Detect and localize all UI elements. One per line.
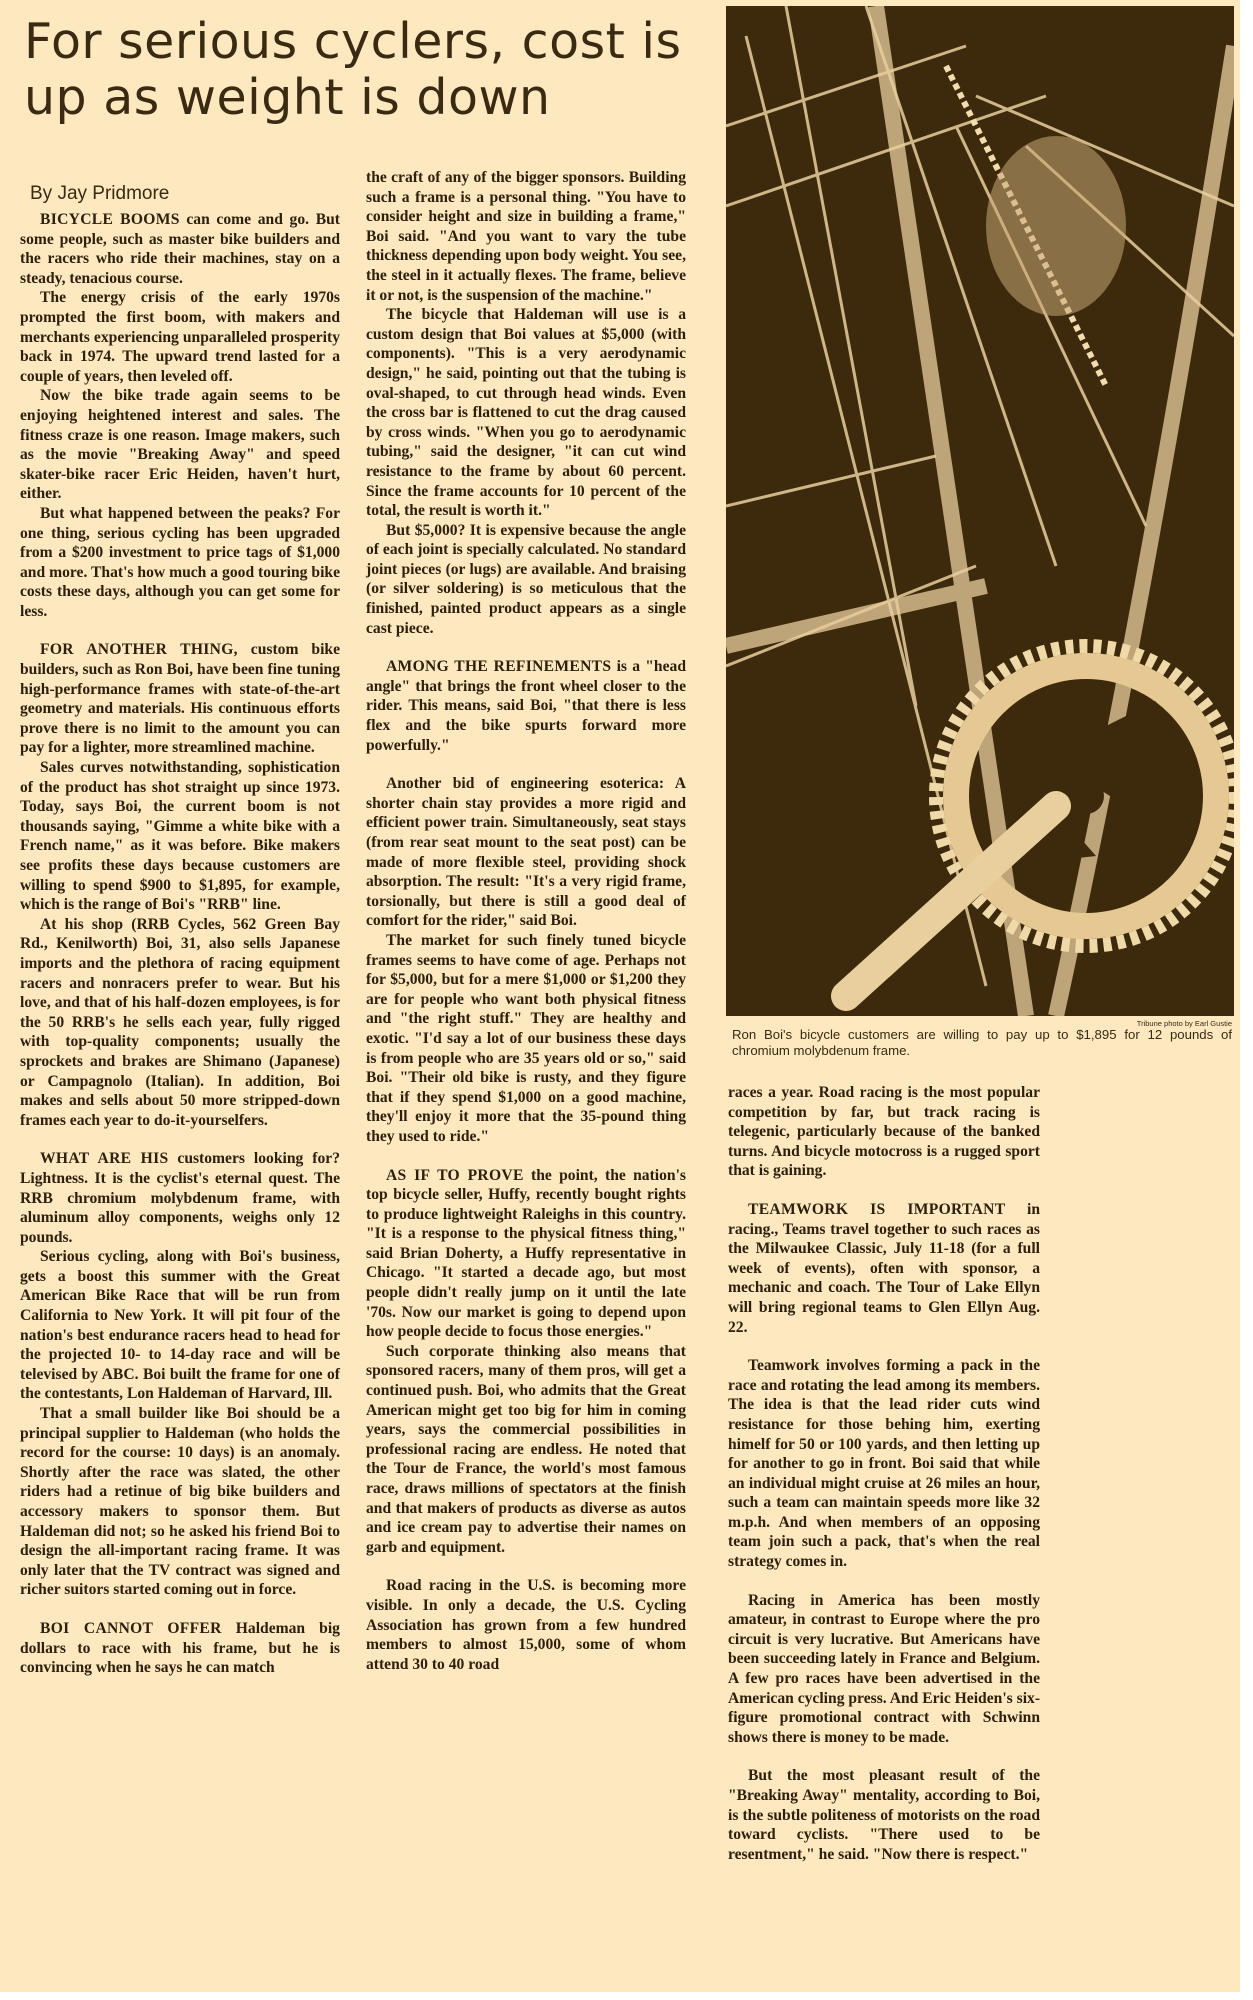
newspaper-page: For serious cyclers, cost is up as weigh…: [0, 0, 1240, 1992]
paragraph: The bicycle that Haldeman will use is a …: [366, 305, 686, 521]
article-column-2: the craft of any of the bigger sponsors.…: [366, 168, 686, 1674]
paragraph: the craft of any of the bigger sponsors.…: [366, 168, 686, 305]
paragraph: But $5,000? It is expensive because the …: [366, 521, 686, 639]
paragraph: Sales curves notwithstanding, sophistica…: [20, 758, 340, 915]
section-paragraph: WHAT ARE HIS customers looking for? Ligh…: [20, 1149, 340, 1247]
paragraph: Serious cycling, along with Boi's busine…: [20, 1247, 340, 1404]
paragraph: Such corporate thinking also means that …: [366, 1342, 686, 1558]
paragraph: But the most pleasant result of the "Bre…: [728, 1766, 1040, 1864]
section-paragraph: BOI CANNOT OFFER Haldeman big dollars to…: [20, 1619, 340, 1678]
paragraph: Racing in America has been mostly amateu…: [728, 1591, 1040, 1748]
paragraph: That a small builder like Boi should be …: [20, 1404, 340, 1600]
article-column-3: races a year. Road racing is the most po…: [728, 1083, 1040, 1864]
paragraph: races a year. Road racing is the most po…: [728, 1083, 1040, 1181]
paragraph: Now the bike trade again seems to be enj…: [20, 386, 340, 504]
paragraph: Teamwork involves forming a pack in the …: [728, 1356, 1040, 1572]
paragraph: Another bid of engineering esoterica: A …: [366, 774, 686, 931]
article-column-1: BICYCLE BOOMS can come and go. But some …: [20, 210, 340, 1678]
paragraph: Road racing in the U.S. is becoming more…: [366, 1576, 686, 1674]
section-paragraph: TEAMWORK IS IMPORTANT in racing., Teams …: [728, 1200, 1040, 1337]
paragraph: At his shop (RRB Cycles, 562 Green Bay R…: [20, 915, 340, 1131]
section-paragraph: AMONG THE REFINEMENTS is a "head angle" …: [366, 657, 686, 755]
byline: By Jay Pridmore: [30, 183, 169, 205]
photo-caption: Ron Boi's bicycle customers are willing …: [732, 1027, 1232, 1059]
section-paragraph: FOR ANOTHER THING, custom bike builders,…: [20, 640, 340, 758]
photo-illustration-icon: [726, 6, 1234, 1016]
section-paragraph: AS IF TO PROVE the point, the nation's t…: [366, 1166, 686, 1342]
paragraph: The market for such finely tuned bicycle…: [366, 931, 686, 1147]
paragraph: But what happened between the peaks? For…: [20, 504, 340, 622]
paragraph: The energy crisis of the early 1970s pro…: [20, 288, 340, 386]
bicycle-chainring-photo: [726, 6, 1234, 1016]
paragraph: BICYCLE BOOMS can come and go. But some …: [20, 210, 340, 288]
headline: For serious cyclers, cost is up as weigh…: [24, 14, 704, 126]
